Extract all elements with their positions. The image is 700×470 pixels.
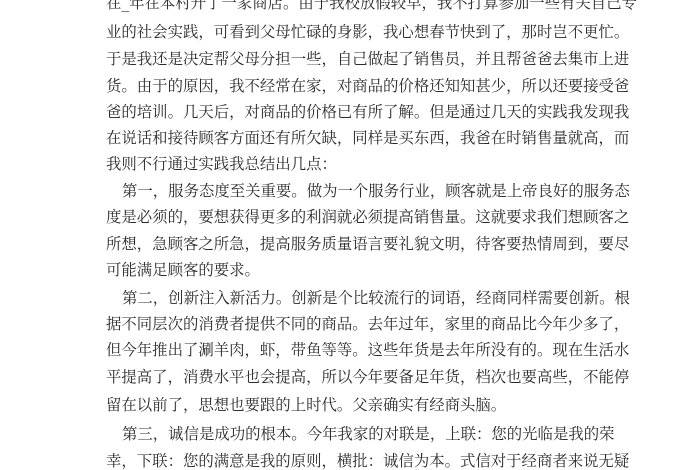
text-line: 所想，急顾客之所急，提高服务质量语言要礼貌文明，待客要热情周到，要尽 (106, 233, 598, 255)
text-line: 我则不行通过实践我总结出几点： (106, 153, 598, 175)
text-line: 业的社会实践，可看到父母忙碌的身影，我心想春节快到了，那时岂不更忙。 (106, 21, 598, 43)
text-line: 于是我还是决定帮父母分担一些，自己做起了销售员，并且帮爸爸去集市上进 (106, 48, 598, 70)
text-line: 爸的培训。几天后，对商品的价格已有所了解。但是通过几天的实践我发现我 (106, 101, 598, 123)
text-line: 在_年在本村开了一家商店。由于我校放假较早，我不打算参加一些有关自己专 (106, 0, 598, 14)
text-line: 货。由于的原因，我不经常在家，对商品的价格还知知甚少，所以还要接受爸 (106, 75, 598, 97)
paragraph-first-line: 第三，诚信是成功的根本。今年我家的对联是，上联：您的光临是我的荣 (122, 423, 598, 445)
paragraph-first-line: 第二，创新注入新活力。创新是个比较流行的词语，经商同样需要创新。根 (122, 287, 598, 309)
document-page: 在_年在本村开了一家商店。由于我校放假较早，我不打算参加一些有关自己专 业的社会… (0, 0, 700, 470)
text-line: 但今年推出了涮羊肉，虾，带鱼等等。这些年货是去年所没有的。现在生活水 (106, 339, 598, 361)
text-line: 在说话和接待顾客方面还有所欠缺，同样是买东西，我爸在时销售量就高，而 (106, 127, 598, 149)
text-line: 幸，下联：您的满意是我的原则，横批：诚信为本。式信对于经商者来说无疑 (106, 450, 598, 470)
text-line: 度是必须的，要想获得更多的利润就必须提高销售量。这就要求我们想顾客之 (106, 206, 598, 228)
text-line: 可能满足顾客的要求。 (106, 259, 598, 281)
text-line: 据不同层次的消费者提供不同的商品。去年过年，家里的商品比今年少多了， (106, 313, 598, 335)
paragraph-first-line: 第一，服务态度至关重要。做为一个服务行业，顾客就是上帝良好的服务态 (122, 180, 598, 202)
text-line: 留在以前了，思想也要跟的上时代。父亲确实有经商头脑。 (106, 394, 598, 416)
text-line: 平提高了，消费水平也会提高，所以今年要备足年货，档次也要高些，不能停 (106, 366, 598, 388)
